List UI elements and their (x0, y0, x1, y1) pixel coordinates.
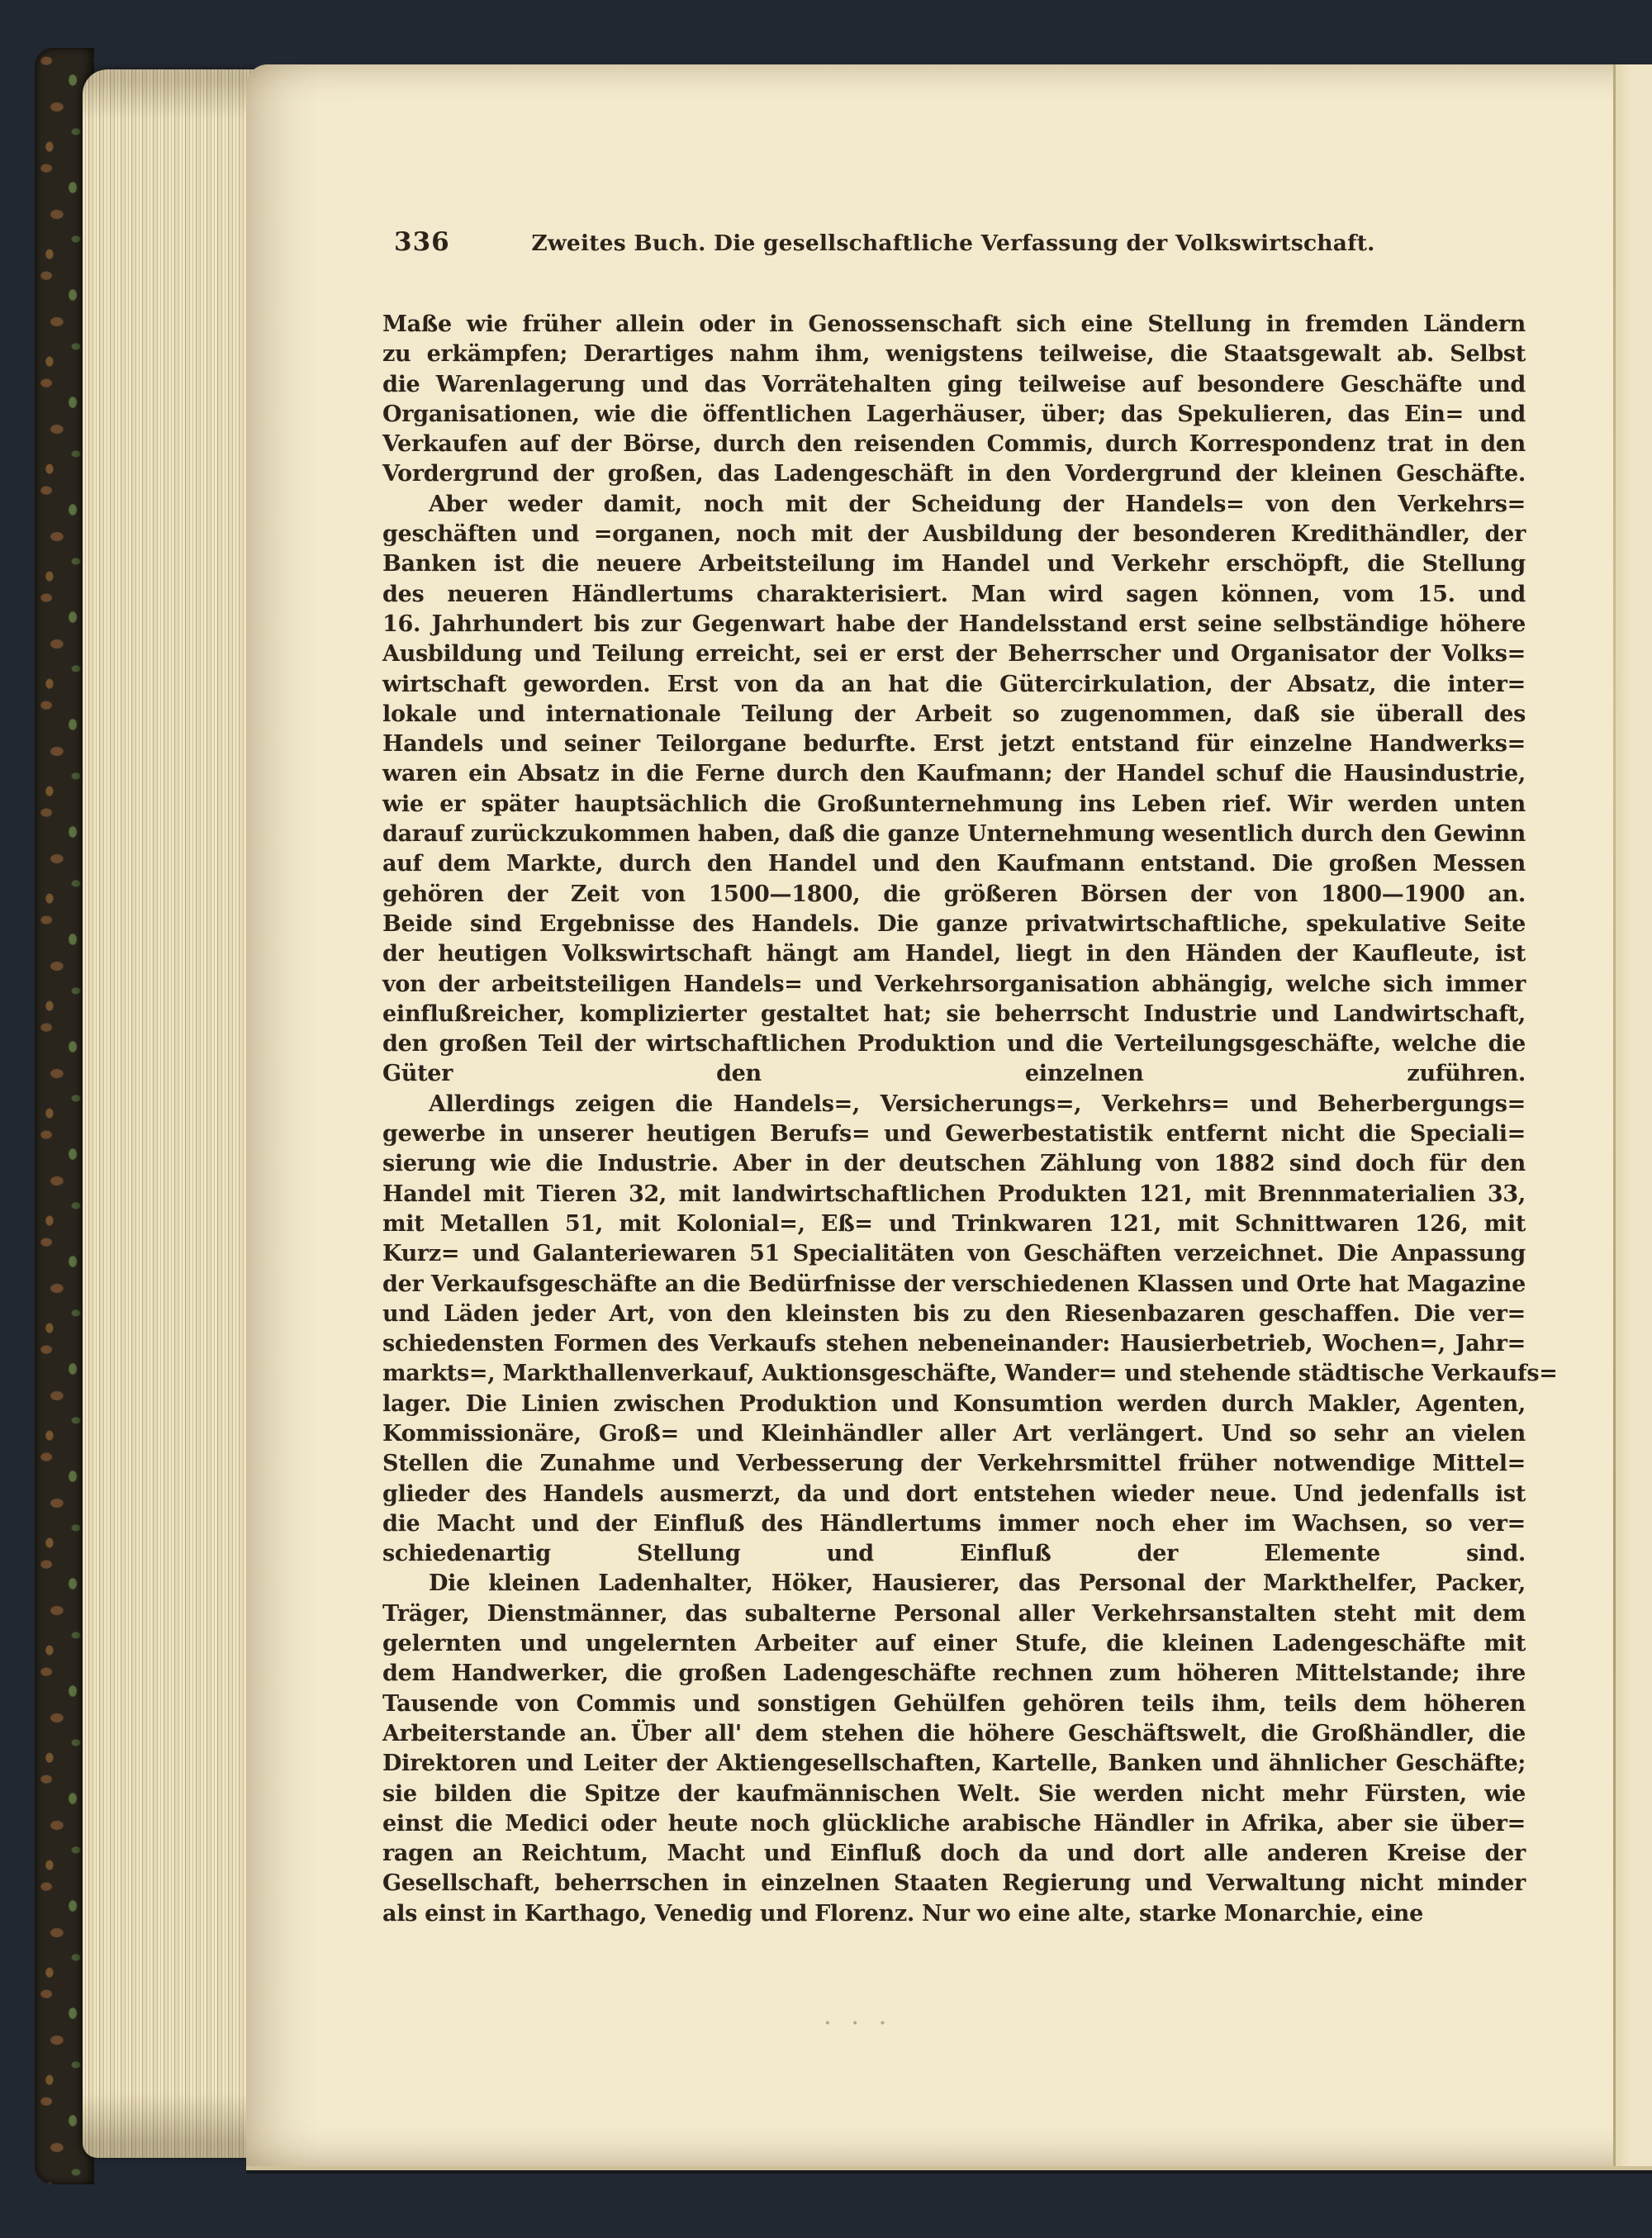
text-line: dem Handwerker, die großen Ladengeschäft… (382, 1659, 1526, 1689)
text-line: Gesellschaft, beherrschen in einzelnen S… (382, 1869, 1526, 1898)
bleedthrough-dots: · · · (824, 2012, 923, 2034)
text-line: Organisationen, wie die öffentlichen Lag… (382, 400, 1526, 430)
text-line: Kurz= und Galanteriewaren 51 Specialität… (382, 1239, 1526, 1269)
text-line: Stellen die Zunahme und Verbesserung der… (382, 1449, 1526, 1479)
adjacent-page-edge (1616, 64, 1652, 2166)
page-stack-edges (83, 69, 260, 2158)
text-line: Allerdings zeigen die Handels=, Versiche… (382, 1090, 1526, 1119)
text-line: schiedenartig Stellung und Einfluß der E… (382, 1539, 1526, 1569)
text-line: 16. Jahrhundert bis zur Gegenwart habe d… (382, 610, 1526, 639)
text-line: ragen an Reichtum, Macht und Einfluß doc… (382, 1839, 1526, 1869)
text-line: als einst in Karthago, Venedig und Flore… (382, 1899, 1526, 1929)
text-line: Handel mit Tieren 32, mit landwirtschaft… (382, 1180, 1526, 1209)
text-line: Tausende von Commis und sonstigen Gehülf… (382, 1689, 1526, 1719)
text-block: Maße wie früher allein oder in Genossens… (382, 310, 1526, 1929)
text-line: Direktoren und Leiter der Aktiengesellsc… (382, 1749, 1526, 1779)
page-header: 336 Zweites Buch. Die gesellschaftliche … (382, 227, 1524, 262)
text-line: wie er später hauptsächlich die Großunte… (382, 790, 1526, 820)
paragraph: Maße wie früher allein oder in Genossens… (382, 310, 1526, 490)
text-line: von der arbeitsteiligen Handels= und Ver… (382, 970, 1526, 1000)
text-line: zu erkämpfen; Derartiges nahm ihm, wenig… (382, 340, 1526, 369)
text-line: und Läden jeder Art, von den kleinsten b… (382, 1300, 1526, 1329)
text-line: Banken ist die neuere Arbeitsteilung im … (382, 549, 1526, 579)
text-line: Güter den einzelnen zuführen. (382, 1059, 1526, 1089)
text-line: glieder des Handels ausmerzt, da und dor… (382, 1480, 1526, 1509)
paragraph: Die kleinen Ladenhalter, Höker, Hausiere… (382, 1569, 1526, 1929)
text-line: einflußreicher, komplizierter gestaltet … (382, 1000, 1526, 1029)
text-line: Vordergrund der großen, das Ladengeschäf… (382, 459, 1526, 489)
text-line: den großen Teil der wirtschaftlichen Pro… (382, 1029, 1526, 1059)
text-line: sierung wie die Industrie. Aber in der d… (382, 1149, 1526, 1179)
text-line: sie bilden die Spitze der kaufmännischen… (382, 1779, 1526, 1809)
text-line: darauf zurückzukommen haben, daß die gan… (382, 820, 1526, 849)
text-line: Kommissionäre, Groß= und Kleinhändler al… (382, 1419, 1526, 1449)
text-line: mit Metallen 51, mit Kolonial=, Eß= und … (382, 1209, 1526, 1239)
text-line: Maße wie früher allein oder in Genossens… (382, 310, 1526, 340)
text-line: gewerbe in unserer heutigen Berufs= und … (382, 1119, 1526, 1149)
text-line: Verkaufen auf der Börse, durch den reise… (382, 430, 1526, 459)
text-line: markts=, Markthallenverkauf, Auktionsges… (382, 1359, 1526, 1389)
text-line: des neueren Händlertums charakterisiert.… (382, 580, 1526, 610)
text-line: geschäften und =organen, noch mit der Au… (382, 520, 1526, 549)
text-line: die Macht und der Einfluß des Händlertum… (382, 1509, 1526, 1539)
text-line: Beide sind Ergebnisse des Handels. Die g… (382, 910, 1526, 939)
text-line: Ausbildung und Teilung erreicht, sei er … (382, 639, 1526, 669)
text-line: Aber weder damit, noch mit der Scheidung… (382, 490, 1526, 520)
paragraph: Aber weder damit, noch mit der Scheidung… (382, 490, 1526, 1090)
paragraph: Allerdings zeigen die Handels=, Versiche… (382, 1090, 1526, 1570)
text-line: der Verkaufsgeschäfte an die Bedürfnisse… (382, 1270, 1526, 1300)
text-line: Träger, Dienstmänner, das subalterne Per… (382, 1599, 1526, 1629)
running-title: Zweites Buch. Die gesellschaftliche Verf… (382, 230, 1524, 256)
text-line: schiedensten Formen des Verkaufs stehen … (382, 1329, 1526, 1359)
text-line: gehören der Zeit von 1500—1800, die größ… (382, 880, 1526, 910)
text-line: Die kleinen Ladenhalter, Höker, Hausiere… (382, 1569, 1526, 1599)
text-line: lager. Die Linien zwischen Produktion un… (382, 1390, 1526, 1419)
text-line: waren ein Absatz in die Ferne durch den … (382, 759, 1526, 789)
text-line: auf dem Markte, durch den Handel und den… (382, 849, 1526, 879)
book-scan-background: { "colors":{ "background":"#222831", "pa… (0, 0, 1652, 2238)
text-line: die Warenlagerung und das Vorrätehalten … (382, 370, 1526, 400)
text-line: lokale und internationale Teilung der Ar… (382, 700, 1526, 729)
text-line: einst die Medici oder heute noch glückli… (382, 1809, 1526, 1839)
text-line: Handels und seiner Teilorgane bedurfte. … (382, 729, 1526, 759)
book-page: 336 Zweites Buch. Die gesellschaftliche … (246, 64, 1652, 2166)
text-line: Arbeiterstande an. Über all' dem stehen … (382, 1719, 1526, 1749)
text-line: der heutigen Volkswirtschaft hängt am Ha… (382, 939, 1526, 969)
text-line: wirtschaft geworden. Erst von da an hat … (382, 670, 1526, 700)
page-right-crease (1613, 64, 1616, 2166)
text-line: gelernten und ungelernten Arbeiter auf e… (382, 1629, 1526, 1659)
